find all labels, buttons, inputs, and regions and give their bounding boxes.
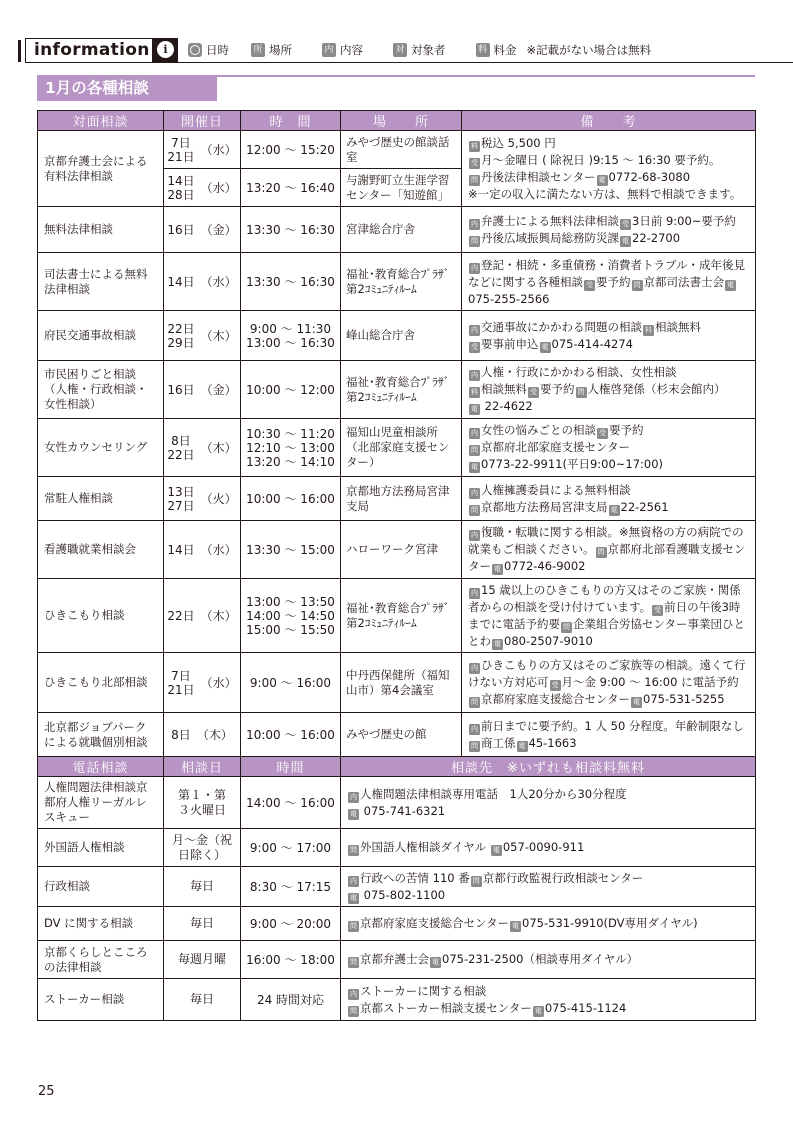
legend-note: ※記載がない場合は無料 [527,42,652,58]
target-icon: 対 [393,43,407,57]
table-row: 北京都ジョブパークによる就職個別相談 8日（木） 10:00 ～ 16:00 み… [38,713,756,757]
reception-icon: 受 [528,387,539,398]
day-cell: 月～金（祝日除く） [164,829,241,867]
inquiry-icon: 問 [469,697,480,708]
content-icon: 内 [469,219,480,230]
table-row: ストーカー相談 毎日 24 時間対応 内ストーカーに関する相談 問京都ストーカー… [38,979,756,1021]
consultation-name: 無料法律相談 [38,207,164,253]
notes-cell: 内女性の悩みごとの相談受要予約 問京都府北部家庭支援センター 電0773-22-… [462,419,756,477]
col-header-consultation: 対面相談 [38,111,164,131]
time-cell: 13:30 ～ 16:30 [241,253,341,311]
place-icon: 所 [251,43,265,57]
place-cell: 京都地方法務局宮津支局 [341,477,462,521]
time-cell: 10:00 ～ 12:00 [241,361,341,419]
col-header-phone-time: 時間 [241,757,341,777]
inquiry-icon: 問 [348,957,359,968]
tel-icon: 電 [492,564,503,575]
date-cell: 22日29日（木） [164,311,241,361]
inquiry-icon: 問 [471,876,482,887]
info-bar: information i 日時 所 場所 内 内容 対 対象者 料 料金 ※記… [18,38,793,64]
notes-cell: 内人権擁護委員による無料相談 問京都地方法務局宮津支局電22-2561 [462,477,756,521]
legend-place: 所 場所 [251,42,292,58]
place-cell: 福祉･教育総合ﾌﾟﾗｻﾞ第2ｺﾐｭﾆﾃｨﾙｰﾑ [341,579,462,653]
consultation-table: 対面相談 開催日 時 間 場 所 備 考 京都弁護士会による有料法律相談 7日2… [37,110,756,1021]
inquiry-icon: 問 [348,921,359,932]
inquiry-icon: 問 [469,236,480,247]
fee-icon: 料 [476,43,490,57]
tel-icon: 電 [469,404,480,415]
contact-cell: 内ストーカーに関する相談 問京都ストーカー相談支援センター電075-415-11… [341,979,756,1021]
inquiry-icon: 問 [632,280,643,291]
legend: 日時 所 場所 内 内容 対 対象者 料 料金 ※記載がない場合は無料 [188,42,651,58]
tel-icon: 電 [631,697,642,708]
consultation-name: ストーカー相談 [38,979,164,1021]
tel-icon: 電 [609,505,620,516]
col-header-place: 場 所 [341,111,462,131]
tel-icon: 電 [725,280,736,291]
inquiry-icon: 問 [576,387,587,398]
date-cell: 16日（金） [164,207,241,253]
legend-target: 対 対象者 [393,42,446,58]
date-cell: 8日22日（木） [164,419,241,477]
table-row: ひきこもり相談 22日（木） 13:00 ～ 13:5014:00 ～ 14:5… [38,579,756,653]
reception-icon: 受 [550,680,561,691]
time-cell: 13:30 ～ 15:00 [241,521,341,579]
consultation-name: 京都くらしとこころの法律相談 [38,941,164,979]
consultation-name: 行政相談 [38,867,164,907]
consultation-name: 常駐人権相談 [38,477,164,521]
fee-icon: 料 [469,387,480,398]
inquiry-icon: 問 [596,547,607,558]
date-cell: 8日（木） [164,713,241,757]
legend-content: 内 内容 [322,42,363,58]
content-icon: 内 [348,876,359,887]
col-header-notes: 備 考 [462,111,756,131]
table-row: DV に関する相談 毎日 9:00 ～ 20:00 問京都府家庭支援総合センター… [38,907,756,941]
place-cell: 中丹西保健所（福知山市）第4会議室 [341,653,462,713]
content-icon: 内 [322,43,336,57]
place-cell: 宮津総合庁舎 [341,207,462,253]
time-cell: 10:00 ～ 16:00 [241,477,341,521]
day-cell: 毎日 [164,979,241,1021]
consultation-name: 京都弁護士会による有料法律相談 [38,131,164,207]
tel-icon: 電 [492,639,503,650]
fee-icon: 料 [643,325,654,336]
time-cell: 9:00 ～ 16:00 [241,653,341,713]
notes-cell: 内復職・転職に関する相談。※無資格の方の病院での就業もご相談ください。問京都府北… [462,521,756,579]
tel-icon: 電 [348,893,359,904]
contact-cell: 内人権問題法律相談専用電話 1人20分から30分程度 電 075-741-632… [341,777,756,829]
tel-icon: 電 [540,342,551,353]
contact-cell: 内行政への苦情 110 番問京都行政監視行政相談センター 電 075-802-1… [341,867,756,907]
day-cell: 第１・第３火曜日 [164,777,241,829]
notes-cell: 内15 歳以上のひきこもりの方又はそのご家族・関係者からの相談を受け付けています… [462,579,756,653]
time-cell: 9:00 ～ 11:3013:00 ～ 16:30 [241,311,341,361]
time-cell: 12:00 ～ 15:20 [241,131,341,169]
col-header-phone-day: 相談日 [164,757,241,777]
tel-icon: 電 [430,957,441,968]
content-icon: 内 [469,488,480,499]
time-cell: 16:00 ～ 18:00 [241,941,341,979]
date-cell: 14日（水） [164,521,241,579]
content-icon: 内 [348,792,359,803]
col-header-time: 時 間 [241,111,341,131]
place-cell: 福祉･教育総合ﾌﾟﾗｻﾞ第2ｺﾐｭﾆﾃｨﾙｰﾑ [341,361,462,419]
date-cell: 22日（木） [164,579,241,653]
info-rule [178,62,793,63]
time-cell: 10:30 ～ 11:2012:10 ～ 13:0013:20 ～ 14:10 [241,419,341,477]
table-row: 司法書士による無料法律相談 14日（水） 13:30 ～ 16:30 福祉･教育… [38,253,756,311]
tel-icon: 電 [348,809,359,820]
table-row: 看護職就業相談会 14日（水） 13:30 ～ 15:00 ハローワーク宮津 内… [38,521,756,579]
tel-icon: 電 [510,921,521,932]
time-cell: 9:00 ～ 20:00 [241,907,341,941]
col-header-phone-consultation: 電話相談 [38,757,164,777]
notes-cell: 料税込 5,500 円 受月～金曜日 ( 除祝日 )9:15 ～ 16:30 要… [462,131,756,207]
notes-cell: 内交通事故にかかわる問題の相談料相談無料 受要事前申込電075-414-4274 [462,311,756,361]
date-cell: 14日28日（水） [164,169,241,207]
reception-icon: 受 [597,428,608,439]
info-left-rule [18,40,21,62]
table-row: 外国語人権相談 月～金（祝日除く） 9:00 ～ 17:00 問外国語人権相談ダ… [38,829,756,867]
page-number: 25 [38,1084,55,1099]
day-cell: 毎週月曜 [164,941,241,979]
fee-icon: 料 [469,141,480,152]
time-cell: 14:00 ～ 16:00 [241,777,341,829]
phone-header-row: 電話相談 相談日 時間 相談先 ※いずれも相談料無料 [38,757,756,777]
consultation-name: 司法書士による無料法律相談 [38,253,164,311]
table-row: 行政相談 毎日 8:30 ～ 17:15 内行政への苦情 110 番問京都行政監… [38,867,756,907]
date-cell: 14日（水） [164,253,241,311]
content-icon: 内 [469,370,480,381]
consultation-name: 女性カウンセリング [38,419,164,477]
consultation-name: 北京都ジョブパークによる就職個別相談 [38,713,164,757]
table-row: 府民交通事故相談 22日29日（木） 9:00 ～ 11:3013:00 ～ 1… [38,311,756,361]
consultation-name: 府民交通事故相談 [38,311,164,361]
tel-icon: 電 [517,741,528,752]
time-cell: 24 時間対応 [241,979,341,1021]
consultation-name: 看護職就業相談会 [38,521,164,579]
day-cell: 毎日 [164,907,241,941]
consultation-name: 外国語人権相談 [38,829,164,867]
reception-icon: 受 [652,605,663,616]
inquiry-icon: 問 [469,445,480,456]
table-row: 人権問題法律相談京都府人権リーガルレスキュー 第１・第３火曜日 14:00 ～ … [38,777,756,829]
inquiry-icon: 問 [469,741,480,752]
inquiry-icon: 問 [469,175,480,186]
reception-icon: 受 [469,342,480,353]
place-cell: 福知山児童相談所（北部家庭支援センター） [341,419,462,477]
content-icon: 内 [469,588,480,599]
day-cell: 毎日 [164,867,241,907]
contact-cell: 問外国語人権相談ダイヤル 電057-0090-911 [341,829,756,867]
table-row: 常駐人権相談 13日27日（火） 10:00 ～ 16:00 京都地方法務局宮津… [38,477,756,521]
col-header-phone-contact: 相談先 ※いずれも相談料無料 [341,757,756,777]
reception-icon: 受 [469,158,480,169]
place-cell: みやづ歴史の館 [341,713,462,757]
notes-cell: 内人権・行政にかかわる相談、女性相談 料相談無料受要予約問人権啓発係（杉末会館内… [462,361,756,419]
tel-icon: 電 [469,462,480,473]
legend-fee: 料 料金 [476,42,517,58]
content-icon: 内 [469,530,480,541]
consultation-name: ひきこもり北部相談 [38,653,164,713]
place-cell: みやづ歴史の館談話室 [341,131,462,169]
inquiry-icon: 問 [348,845,359,856]
time-cell: 13:30 ～ 16:30 [241,207,341,253]
notes-cell: 内ひきこもりの方又はそのご家族等の相談。遠くて行けない方対応可受月～金 9:00… [462,653,756,713]
date-cell: 7日21日（水） [164,653,241,713]
tel-icon: 電 [620,236,631,247]
content-icon: 内 [469,263,480,274]
contact-cell: 問京都府家庭支援総合センター電075-531-9910(DV専用ダイヤル) [341,907,756,941]
place-cell: ハローワーク宮津 [341,521,462,579]
consultation-name: DV に関する相談 [38,907,164,941]
section-title: 1月の各種相談 [37,76,217,101]
table-row: 無料法律相談 16日（金） 13:30 ～ 16:30 宮津総合庁舎 内弁護士に… [38,207,756,253]
tel-icon: 電 [491,845,502,856]
place-cell: 与謝野町立生涯学習センター「知遊館」 [341,169,462,207]
table-row: 女性カウンセリング 8日22日（木） 10:30 ～ 11:2012:10 ～ … [38,419,756,477]
time-cell: 8:30 ～ 17:15 [241,867,341,907]
inquiry-icon: 問 [469,505,480,516]
table-row: 京都くらしとこころの法律相談 毎週月曜 16:00 ～ 18:00 問京都弁護士… [38,941,756,979]
in-person-header-row: 対面相談 開催日 時 間 場 所 備 考 [38,111,756,131]
information-label: information [25,38,153,63]
legend-datetime: 日時 [188,42,229,58]
inquiry-icon: 問 [561,622,572,633]
date-cell: 16日（金） [164,361,241,419]
content-icon: 内 [469,724,480,735]
place-cell: 峰山総合庁舎 [341,311,462,361]
contact-cell: 問京都弁護士会電075-231-2500（相談専用ダイヤル） [341,941,756,979]
col-header-date: 開催日 [164,111,241,131]
notes-cell: 内弁護士による無料法律相談受3日前 9:00~要予約 問丹後広域振興局総務防災課… [462,207,756,253]
date-cell: 13日27日（火） [164,477,241,521]
tel-icon: 電 [597,175,608,186]
time-cell: 13:00 ～ 13:5014:00 ～ 14:5015:00 ～ 15:50 [241,579,341,653]
time-cell: 9:00 ～ 17:00 [241,829,341,867]
tel-icon: 電 [533,1006,544,1017]
info-icon: i [153,38,178,63]
reception-icon: 受 [620,219,631,230]
reception-icon: 受 [584,280,595,291]
table-row: 市民困りごと相談（人権・行政相談・女性相談） 16日（金） 10:00 ～ 12… [38,361,756,419]
content-icon: 内 [469,325,480,336]
notes-cell: 内登記・相続・多重債務・消費者トラブル・成年後見などに関する各種相談受要予約問京… [462,253,756,311]
consultation-name: 人権問題法律相談京都府人権リーガルレスキュー [38,777,164,829]
place-cell: 福祉･教育総合ﾌﾟﾗｻﾞ第2ｺﾐｭﾆﾃｨﾙｰﾑ [341,253,462,311]
clock-icon [188,43,202,57]
consultation-name: 市民困りごと相談（人権・行政相談・女性相談） [38,361,164,419]
time-cell: 10:00 ～ 16:00 [241,713,341,757]
content-icon: 内 [469,428,480,439]
consultation-name: ひきこもり相談 [38,579,164,653]
content-icon: 内 [348,989,359,1000]
notes-cell: 内前日までに要予約。1 人 50 分程度。年齢制限なし 問商工係電45-1663 [462,713,756,757]
time-cell: 13:20 ～ 16:40 [241,169,341,207]
table-row: ひきこもり北部相談 7日21日（水） 9:00 ～ 16:00 中丹西保健所（福… [38,653,756,713]
content-icon: 内 [469,663,480,674]
inquiry-icon: 問 [348,1006,359,1017]
date-cell: 7日21日（水） [164,131,241,169]
table-row: 京都弁護士会による有料法律相談 7日21日（水） 12:00 ～ 15:20 み… [38,131,756,169]
